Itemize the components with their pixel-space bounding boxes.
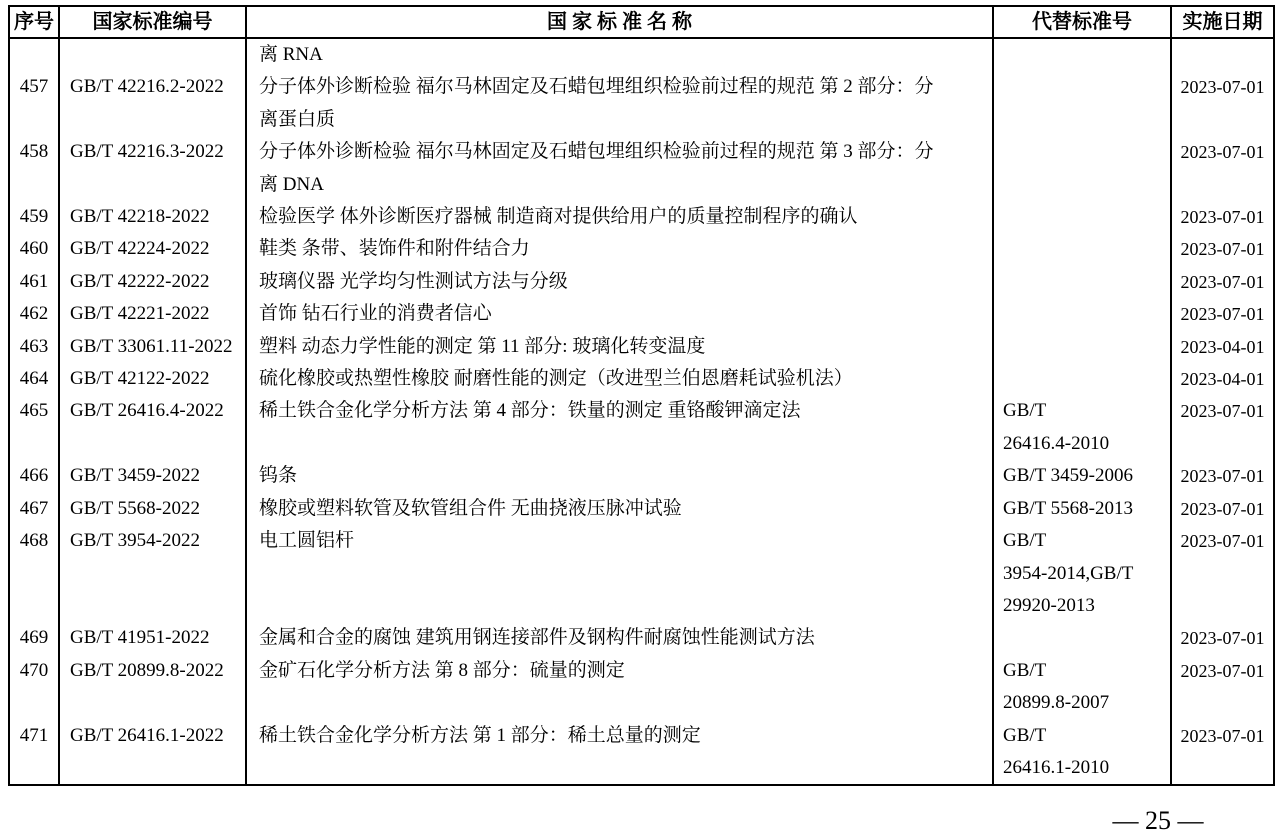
code-cell: GB/T 20899.8-2022 <box>60 655 247 720</box>
name-cell: 硫化橡胶或热塑性橡胶 耐磨性能的测定（改进型兰伯恩磨耗试验机法） <box>247 363 994 395</box>
header-cell-code: 国家标准编号 <box>60 7 247 37</box>
code-cell: GB/T 3459-2022 <box>60 460 247 492</box>
seq-cell: 465 <box>10 395 60 460</box>
name-cell: 首饰 钻石行业的消费者信心 <box>247 298 994 330</box>
date-cell: 2023-07-01 <box>1172 266 1273 298</box>
header-cell-date: 实施日期 <box>1172 7 1273 37</box>
code-cell: GB/T 42221-2022 <box>60 298 247 330</box>
code-cell: GB/T 42122-2022 <box>60 363 247 395</box>
date-cell: 2023-07-01 <box>1172 395 1273 460</box>
table-row: 461 GB/T 42222-2022 玻璃仪器 光学均匀性测试方法与分级 20… <box>10 266 1273 298</box>
seq-cell: 468 <box>10 525 60 622</box>
code-cell: GB/T 41951-2022 <box>60 622 247 654</box>
name-cell: 离 RNA <box>247 39 994 71</box>
table-row: 468 GB/T 3954-2022 电工圆铝杆 GB/T 3954-2014,… <box>10 525 1273 622</box>
name-cell: 分子体外诊断检验 福尔马林固定及石蜡包埋组织检验前过程的规范 第 2 部分：分 … <box>247 71 994 136</box>
table-row: 467 GB/T 5568-2022 橡胶或塑料软管及软管组合件 无曲挠液压脉冲… <box>10 493 1273 525</box>
table-row: 471 GB/T 26416.1-2022 稀土铁合金化学分析方法 第 1 部分… <box>10 720 1273 785</box>
replaced-cell <box>994 298 1172 330</box>
seq-cell <box>10 39 60 71</box>
name-cell: 电工圆铝杆 <box>247 525 994 622</box>
replaced-cell <box>994 71 1172 136</box>
seq-cell: 461 <box>10 266 60 298</box>
date-cell: 2023-07-01 <box>1172 71 1273 136</box>
replaced-cell: GB/T 20899.8-2007 <box>994 655 1172 720</box>
table-row: 462 GB/T 42221-2022 首饰 钻石行业的消费者信心 2023-0… <box>10 298 1273 330</box>
name-cell: 金属和合金的腐蚀 建筑用钢连接部件及钢构件耐腐蚀性能测试方法 <box>247 622 994 654</box>
code-cell: GB/T 42216.2-2022 <box>60 71 247 136</box>
seq-cell: 462 <box>10 298 60 330</box>
seq-cell: 471 <box>10 720 60 785</box>
header-cell-seq: 序号 <box>10 7 60 37</box>
replaced-cell: GB/T 3459-2006 <box>994 460 1172 492</box>
date-cell: 2023-07-01 <box>1172 720 1273 785</box>
replaced-cell <box>994 331 1172 363</box>
date-cell: 2023-07-01 <box>1172 233 1273 265</box>
date-cell: 2023-07-01 <box>1172 655 1273 720</box>
header-cell-replaced: 代替标准号 <box>994 7 1172 37</box>
table-row: 459 GB/T 42218-2022 检验医学 体外诊断医疗器械 制造商对提供… <box>10 201 1273 233</box>
code-cell <box>60 39 247 71</box>
seq-cell: 458 <box>10 136 60 201</box>
replaced-cell <box>994 201 1172 233</box>
table-row: 离 RNA <box>10 39 1273 71</box>
table-header-row: 序号 国家标准编号 国 家 标 准 名 称 代替标准号 实施日期 <box>10 7 1273 39</box>
date-cell: 2023-04-01 <box>1172 331 1273 363</box>
name-cell: 钨条 <box>247 460 994 492</box>
name-cell: 金矿石化学分析方法 第 8 部分：硫量的测定 <box>247 655 994 720</box>
replaced-cell <box>994 39 1172 71</box>
seq-cell: 463 <box>10 331 60 363</box>
date-cell: 2023-07-01 <box>1172 493 1273 525</box>
table-row: 469 GB/T 41951-2022 金属和合金的腐蚀 建筑用钢连接部件及钢构… <box>10 622 1273 654</box>
replaced-cell: GB/T 26416.4-2010 <box>994 395 1172 460</box>
header-cell-name: 国 家 标 准 名 称 <box>247 7 994 37</box>
code-cell: GB/T 42224-2022 <box>60 233 247 265</box>
name-cell: 鞋类 条带、装饰件和附件结合力 <box>247 233 994 265</box>
date-cell <box>1172 39 1273 71</box>
replaced-cell <box>994 363 1172 395</box>
date-cell: 2023-07-01 <box>1172 525 1273 622</box>
replaced-cell: GB/T 26416.1-2010 <box>994 720 1172 785</box>
code-cell: GB/T 42216.3-2022 <box>60 136 247 201</box>
replaced-cell <box>994 622 1172 654</box>
name-cell: 稀土铁合金化学分析方法 第 4 部分：铁量的测定 重铬酸钾滴定法 <box>247 395 994 460</box>
table-row: 463 GB/T 33061.11-2022 塑料 动态力学性能的测定 第 11… <box>10 331 1273 363</box>
table-row: 457 GB/T 42216.2-2022 分子体外诊断检验 福尔马林固定及石蜡… <box>10 71 1273 136</box>
code-cell: GB/T 33061.11-2022 <box>60 331 247 363</box>
replaced-cell <box>994 233 1172 265</box>
seq-cell: 470 <box>10 655 60 720</box>
replaced-cell <box>994 136 1172 201</box>
page-number: — 25 — <box>1058 806 1258 836</box>
replaced-cell: GB/T 5568-2013 <box>994 493 1172 525</box>
name-cell: 塑料 动态力学性能的测定 第 11 部分: 玻璃化转变温度 <box>247 331 994 363</box>
standards-table: 序号 国家标准编号 国 家 标 准 名 称 代替标准号 实施日期 离 RNA 4… <box>8 5 1275 786</box>
seq-cell: 467 <box>10 493 60 525</box>
seq-cell: 459 <box>10 201 60 233</box>
name-cell: 稀土铁合金化学分析方法 第 1 部分：稀土总量的测定 <box>247 720 994 785</box>
date-cell: 2023-07-01 <box>1172 136 1273 201</box>
table-body: 离 RNA 457 GB/T 42216.2-2022 分子体外诊断检验 福尔马… <box>10 39 1273 784</box>
code-cell: GB/T 42218-2022 <box>60 201 247 233</box>
code-cell: GB/T 42222-2022 <box>60 266 247 298</box>
replaced-cell <box>994 266 1172 298</box>
name-cell: 橡胶或塑料软管及软管组合件 无曲挠液压脉冲试验 <box>247 493 994 525</box>
seq-cell: 460 <box>10 233 60 265</box>
table-row: 464 GB/T 42122-2022 硫化橡胶或热塑性橡胶 耐磨性能的测定（改… <box>10 363 1273 395</box>
table-row: 465 GB/T 26416.4-2022 稀土铁合金化学分析方法 第 4 部分… <box>10 395 1273 460</box>
table-row: 470 GB/T 20899.8-2022 金矿石化学分析方法 第 8 部分：硫… <box>10 655 1273 720</box>
code-cell: GB/T 3954-2022 <box>60 525 247 622</box>
code-cell: GB/T 26416.4-2022 <box>60 395 247 460</box>
date-cell: 2023-07-01 <box>1172 298 1273 330</box>
seq-cell: 466 <box>10 460 60 492</box>
date-cell: 2023-07-01 <box>1172 201 1273 233</box>
code-cell: GB/T 26416.1-2022 <box>60 720 247 785</box>
seq-cell: 457 <box>10 71 60 136</box>
name-cell: 检验医学 体外诊断医疗器械 制造商对提供给用户的质量控制程序的确认 <box>247 201 994 233</box>
table-row: 458 GB/T 42216.3-2022 分子体外诊断检验 福尔马林固定及石蜡… <box>10 136 1273 201</box>
seq-cell: 469 <box>10 622 60 654</box>
name-cell: 分子体外诊断检验 福尔马林固定及石蜡包埋组织检验前过程的规范 第 3 部分：分 … <box>247 136 994 201</box>
code-cell: GB/T 5568-2022 <box>60 493 247 525</box>
table-row: 466 GB/T 3459-2022 钨条 GB/T 3459-2006 202… <box>10 460 1273 492</box>
date-cell: 2023-07-01 <box>1172 622 1273 654</box>
name-cell: 玻璃仪器 光学均匀性测试方法与分级 <box>247 266 994 298</box>
replaced-cell: GB/T 3954-2014,GB/T 29920-2013 <box>994 525 1172 622</box>
seq-cell: 464 <box>10 363 60 395</box>
date-cell: 2023-04-01 <box>1172 363 1273 395</box>
table-row: 460 GB/T 42224-2022 鞋类 条带、装饰件和附件结合力 2023… <box>10 233 1273 265</box>
date-cell: 2023-07-01 <box>1172 460 1273 492</box>
